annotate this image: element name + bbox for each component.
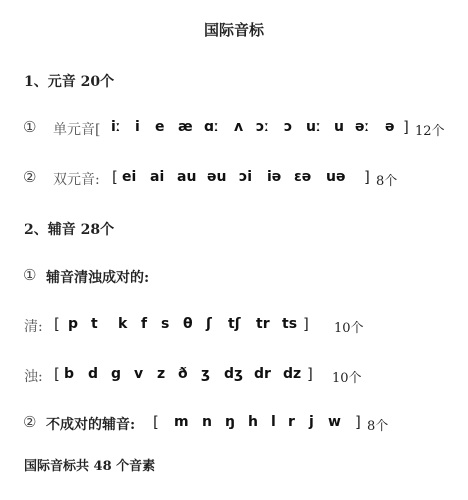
- circled-number-2: ②: [23, 413, 36, 431]
- phoneme: æ: [178, 119, 193, 135]
- close-bracket: ]: [307, 365, 313, 383]
- phoneme: r: [288, 414, 295, 430]
- phoneme: dr: [254, 366, 271, 382]
- phoneme: ʒ: [201, 366, 210, 382]
- phoneme: uː: [306, 119, 321, 135]
- open-bracket: [: [153, 413, 159, 431]
- phoneme: θ: [183, 316, 193, 332]
- phoneme: ŋ: [225, 414, 235, 430]
- phoneme: ɔː: [256, 119, 269, 135]
- phoneme: s: [161, 316, 169, 332]
- phoneme: ð: [178, 366, 188, 382]
- paired-consonants-label: 辅音清浊成对的:: [46, 267, 149, 287]
- voiced-label: 浊:: [24, 366, 43, 386]
- open-bracket: [: [54, 315, 60, 333]
- phoneme: ɔ: [284, 119, 292, 135]
- count-badge: 8个: [376, 170, 397, 189]
- count-badge: 8个: [367, 415, 388, 434]
- phoneme: ɑː: [204, 119, 219, 135]
- page-title: 国际音标: [0, 19, 468, 40]
- count-badge: 12个: [415, 120, 445, 139]
- phoneme: p: [68, 316, 78, 332]
- open-bracket: [: [112, 168, 118, 186]
- phoneme: iə: [267, 169, 281, 185]
- phoneme: j: [309, 414, 314, 430]
- phoneme: n: [202, 414, 212, 430]
- phoneme: ts: [282, 316, 297, 332]
- vowels-heading: 1、元音 20个: [24, 71, 114, 91]
- phoneme: h: [248, 414, 258, 430]
- monophthongs-label: 单元音[: [53, 119, 100, 139]
- diphthongs-label: 双元音:: [53, 169, 100, 189]
- phoneme: ei: [122, 169, 136, 185]
- phoneme: b: [64, 366, 74, 382]
- phoneme: au: [177, 169, 196, 185]
- phoneme: d: [88, 366, 98, 382]
- phoneme: z: [157, 366, 165, 382]
- phoneme: əː: [355, 119, 369, 135]
- close-bracket: ]: [364, 168, 370, 186]
- phoneme: əu: [207, 169, 226, 185]
- phoneme: f: [141, 316, 147, 332]
- phoneme: dʒ: [224, 366, 243, 382]
- phoneme: e: [155, 119, 165, 135]
- phoneme: ai: [150, 169, 164, 185]
- circled-number-1: ①: [23, 266, 36, 284]
- close-bracket: ]: [303, 315, 309, 333]
- phoneme: ɔi: [239, 169, 252, 185]
- phoneme: uə: [326, 169, 345, 185]
- phoneme: u: [334, 119, 344, 135]
- phoneme: i: [135, 119, 140, 135]
- phoneme: l: [271, 414, 276, 430]
- phoneme: ə: [385, 119, 395, 135]
- phoneme: ɛə: [294, 169, 311, 185]
- close-bracket: ]: [355, 413, 361, 431]
- phoneme: tʃ: [228, 316, 241, 332]
- phoneme: k: [118, 316, 127, 332]
- phoneme: v: [134, 366, 143, 382]
- summary-footer: 国际音标共 48 个音素: [24, 455, 155, 474]
- phoneme: dz: [283, 366, 301, 382]
- phoneme: ʃ: [206, 316, 212, 332]
- count-badge: 10个: [334, 317, 364, 336]
- phoneme: iː: [111, 119, 121, 135]
- phoneme: tr: [256, 316, 270, 332]
- phoneme: g: [111, 366, 121, 382]
- phoneme: t: [91, 316, 98, 332]
- phoneme: m: [174, 414, 189, 430]
- count-badge: 10个: [332, 367, 362, 386]
- phoneme: w: [328, 414, 341, 430]
- close-bracket: ]: [403, 118, 409, 136]
- unpaired-consonants-label: 不成对的辅音:: [46, 414, 135, 434]
- circled-number-2: ②: [23, 168, 36, 186]
- phoneme: ʌ: [234, 119, 243, 135]
- circled-number-1: ①: [23, 118, 36, 136]
- consonants-heading: 2、辅音 28个: [24, 219, 114, 239]
- open-bracket: [: [54, 365, 60, 383]
- voiceless-label: 清:: [24, 316, 43, 336]
